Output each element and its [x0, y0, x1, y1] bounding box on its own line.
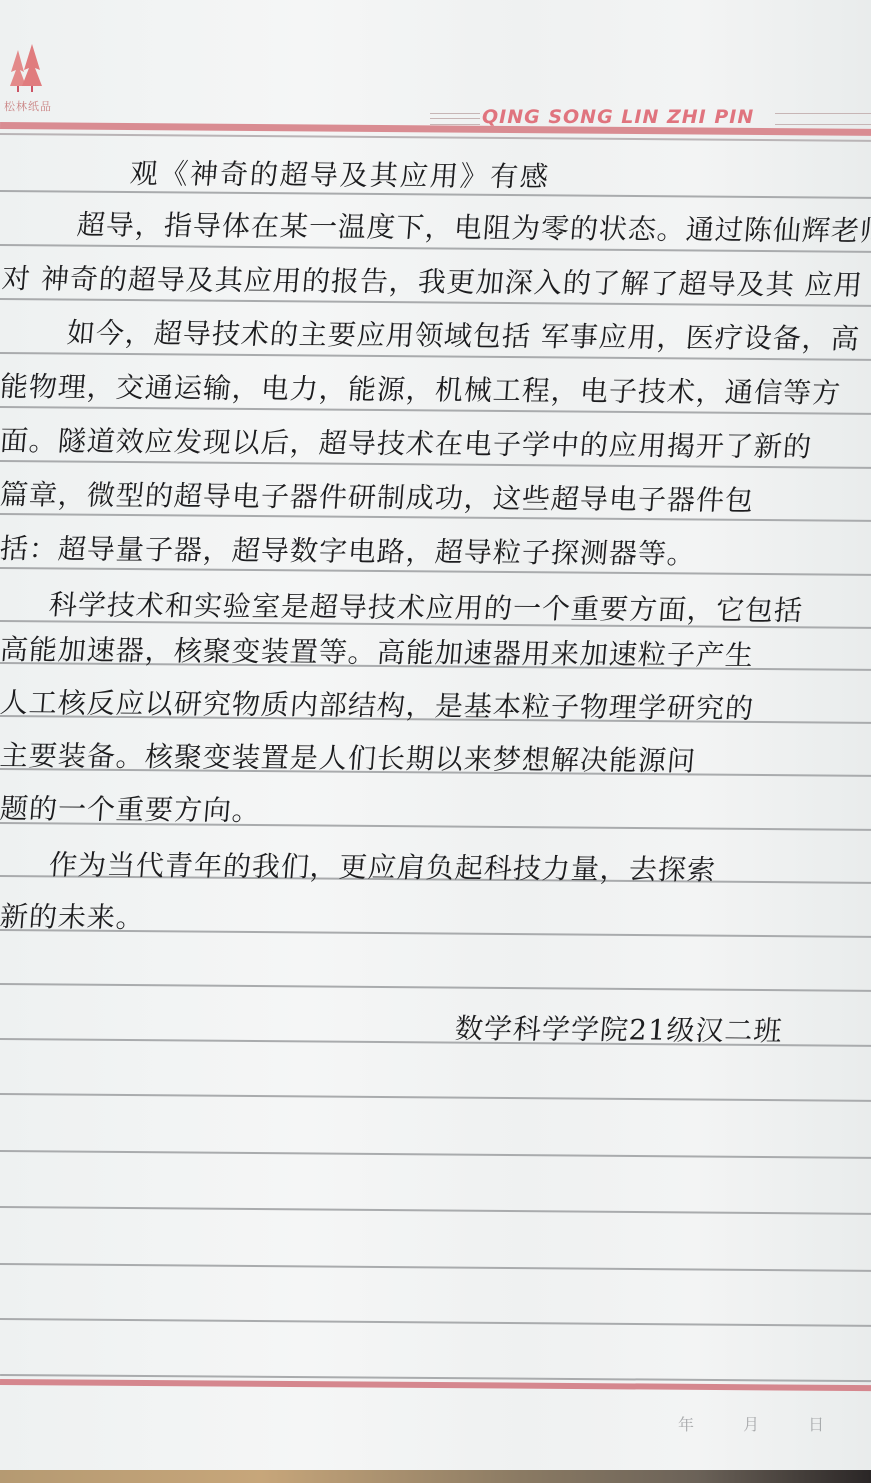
essay-line: 对 神奇的超导及其应用的报告，我更加深入的了解了超导及其 应用 [1, 262, 864, 303]
essay-line: 人工核反应以研究物质内部结构，是基本粒子物理学研究的 [0, 686, 755, 726]
essay-line: 高能加速器，核聚变装置等。高能加速器用来加速粒子产生 [0, 633, 755, 673]
brand-logo: 松林纸品 [4, 42, 44, 112]
essay-line: 括：超导量子器，超导数字电路，超导粒子探测器等。 [0, 532, 697, 571]
pine-tree-icon [8, 42, 44, 92]
ruled-line [0, 983, 871, 991]
essay-line: 如今，超导技术的主要应用领域包括 军事应用，医疗设备，高 [37, 316, 862, 356]
footer-divider [0, 1374, 871, 1398]
essay-line: 超导，指导体在某一温度下，电阻为零的状态。通过陈仙辉老师 [47, 208, 871, 249]
logo-text: 松林纸品 [4, 98, 52, 114]
decorative-lines [430, 113, 480, 125]
essay-line: 主要装备。核聚变装置是人们长期以来梦想解决能源问 [0, 739, 697, 778]
essay-line: 作为当代青年的我们，更应肩负起科技力量，去探索 [19, 848, 718, 887]
essay-line: 题的一个重要方向。 [0, 792, 262, 828]
ruled-line [0, 1318, 871, 1326]
signature: 数学科学学院21级汉二班 [454, 1012, 784, 1049]
date-label: 年 月 日 [678, 1412, 846, 1435]
decorative-lines [775, 113, 871, 125]
essay-title: 观《神奇的超导及其应用》有感 [129, 157, 552, 194]
essay-line: 科学技术和实验室是超导技术应用的一个重要方面，它包括 [19, 588, 805, 628]
ruled-line [0, 1263, 871, 1271]
essay-line: 篇章，微型的超导电子器件研制成功，这些超导电子器件包 [0, 478, 755, 518]
ruled-line [0, 1093, 871, 1101]
essay-line: 能物理，交通运输，电力，能源，机械工程，电子技术，通信等方 [0, 370, 842, 411]
notebook-page: 松林纸品 QING SONG LIN ZHI PIN 观《神奇的超导及其应用》有… [0, 0, 871, 1470]
essay-line: 面。隧道效应发现以后，超导技术在电子学中的应用揭开了新的 [0, 424, 813, 464]
table-surface [0, 1470, 871, 1483]
ruled-line [0, 1150, 871, 1158]
ruled-line [0, 1206, 871, 1214]
essay-line: 新的未来。 [0, 900, 146, 935]
brand-text: QING SONG LIN ZHI PIN [482, 106, 754, 128]
